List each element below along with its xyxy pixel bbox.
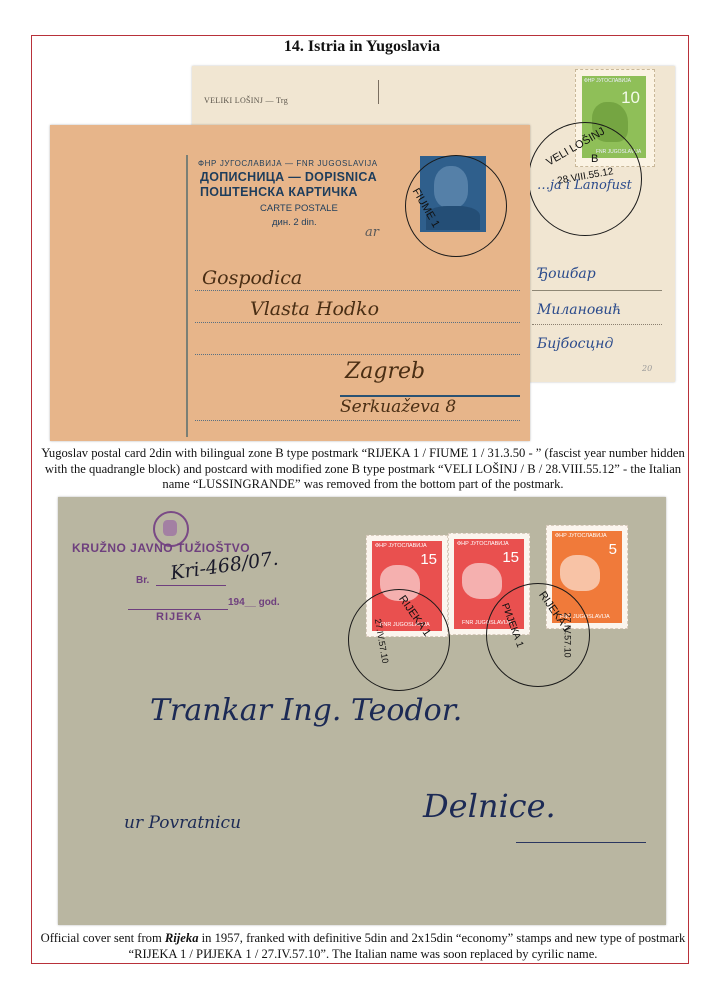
address-city: Zagreb [345,359,425,384]
return-note: ur Povratnicu [124,813,241,833]
page-title: 14. Istria in Yugoslavia [0,38,724,56]
postcard-divider [378,80,379,104]
card-value: дин. 2 din. [272,217,317,228]
postmark-fiume: FIUME 1 [405,155,507,257]
address-street: Serkuaževa 8 [340,397,456,417]
card-header: ФНР ЈУГОСЛАВИЈА — FNR JUGOSLAVIJA [198,159,378,168]
postcard-location-label: VELIKI LOŠINJ — Trg [204,96,288,105]
address-line-2: Vlasta Hodko [250,298,379,320]
card-title-3: CARTE POSTALE [260,203,338,214]
recipient-name: Trankar Ing. Teodor. [150,693,462,728]
postmark-rijeka-1: RIJEKA 1 27.IV.57.10 [348,589,450,691]
caption-postal-cards: Yugoslav postal card 2din with bilingual… [40,446,686,493]
caption-official-cover: Official cover sent from Rijeka in 1957,… [40,931,686,962]
postmark-rijeka-2: RIJEKA 1 РИЈЕКА 1 27.IV.57.10 [486,583,590,687]
postal-card: ФНР ЈУГОСЛАВИЈА — FNR JUGOSLAVIJA ДОПИСН… [50,125,530,441]
city-emphasis: Rijeka [165,931,199,945]
card-title-1: ДОПИСНИЦА — DOPISNICA [200,170,377,184]
address-line-1: Gospodica [202,267,302,289]
official-stamp-title: KRUŽNO JAVNO TUŽIOŠTVO [72,541,250,555]
stamp-value: 10 [621,88,640,108]
recipient-city: Delnice. [423,787,556,825]
card-divider [186,155,188,437]
card-title-2: ПОШТЕНСКА КАРТИЧКА [200,185,358,199]
official-cover: KRUŽNO JAVNO TUŽIOŠTVO Br. Kri-468/07. 1… [58,497,666,925]
